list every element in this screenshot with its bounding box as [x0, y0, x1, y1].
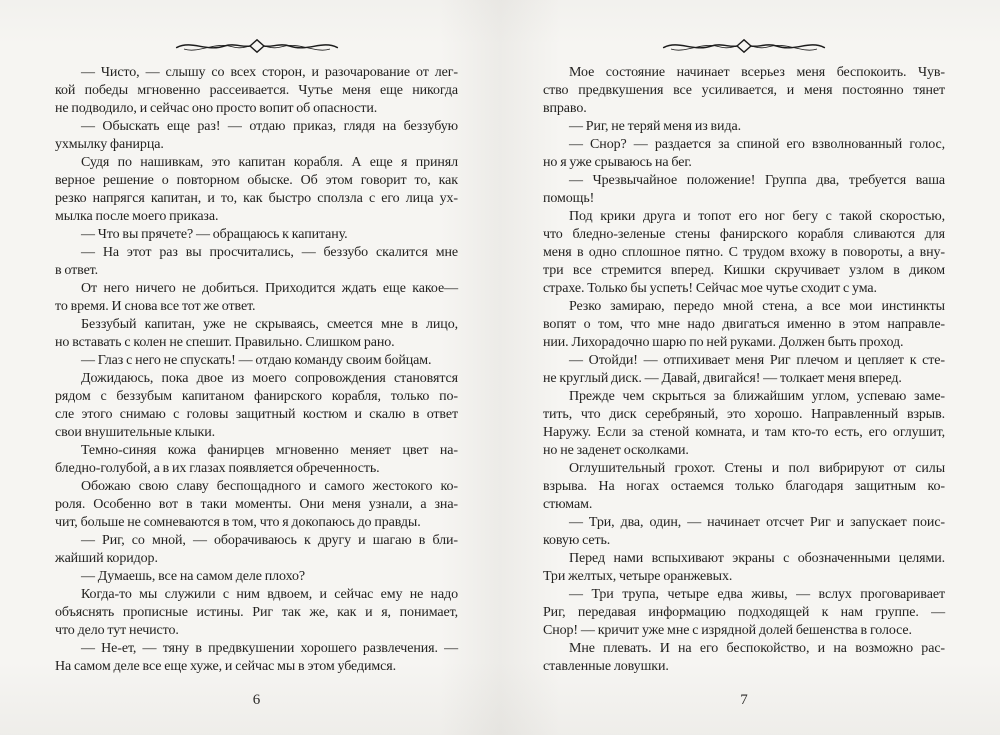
- text-line: На самом деле все еще хуже, и сейчас мы …: [55, 658, 458, 676]
- text-line: От него ничего не добиться. Приходится ж…: [55, 280, 458, 298]
- text-line: роля. Особенно вот в таки моменты. Они м…: [55, 496, 458, 514]
- text-line: Снор! — кричит уже мне с изрядной долей …: [543, 622, 945, 640]
- page-right: Мое состояние начинает всерьез меня бесп…: [543, 36, 945, 709]
- text-line: Оглушительный грохот. Стены и пол вибрир…: [543, 460, 945, 478]
- text-line: Наружу. Если за стеной комната, и там кт…: [543, 424, 945, 442]
- text-line: Темно-синяя кожа фанирцев мгновенно меня…: [55, 442, 458, 460]
- book-spread: — Чисто, — слышу со всех сторон, и разоч…: [0, 0, 1000, 735]
- text-line: Обожаю свою славу беспощадного и самого …: [55, 478, 458, 496]
- text-line: не круглый диск. — Давай, двигайся! — то…: [543, 370, 945, 388]
- text-line: меня в одно сплошное пятно. С трудом вхо…: [543, 244, 945, 262]
- text-line: — Снор? — раздается за спиной его взволн…: [543, 136, 945, 154]
- text-line: Беззубый капитан, уже не скрываясь, смее…: [55, 316, 458, 334]
- text-line: Мне плевать. И на его беспокойство, и на…: [543, 640, 945, 658]
- text-line: в ответ.: [55, 262, 458, 280]
- text-line: — Риг, со мной, — оборачиваюсь к другу и…: [55, 532, 458, 550]
- text-line: бледно-голубой, а в их глазах появляется…: [55, 460, 458, 478]
- text-line: — Риг, не теряй меня из вида.: [543, 118, 945, 136]
- text-line: мылка после моего приказа.: [55, 208, 458, 226]
- text-line: Прежде чем скрыться за ближайшим углом, …: [543, 388, 945, 406]
- text-line: нии. Лихорадочно шарю по ней руками. Дол…: [543, 334, 945, 352]
- text-line: Резко замираю, передо мной стена, а все …: [543, 298, 945, 316]
- text-line: Три желтых, четыре оранжевых.: [543, 568, 945, 586]
- text-line: ухмылку фанирца.: [55, 136, 458, 154]
- text-line: Под крики друга и топот его ног бегу с т…: [543, 208, 945, 226]
- text-line: Мое состояние начинает всерьез меня бесп…: [543, 64, 945, 82]
- divider-ornament: [543, 36, 945, 56]
- text-line: ставленные ловушки.: [543, 658, 945, 676]
- text-line: — Обыскать еще раз! — отдаю приказ, гляд…: [55, 118, 458, 136]
- text-line: взрыва. На ногах остаемся только благода…: [543, 478, 945, 496]
- text-line: то время. И снова все тот же ответ.: [55, 298, 458, 316]
- page-number-left: 6: [55, 692, 458, 709]
- text-line: Судя по нашивкам, это капитан корабля. А…: [55, 154, 458, 172]
- text-line: стюмам.: [543, 496, 945, 514]
- text-line: но не заденет осколками.: [543, 442, 945, 460]
- text-line: что бледно-зеленые стены фанирского кора…: [543, 226, 945, 244]
- text-line: жайший коридор.: [55, 550, 458, 568]
- text-line: — Чисто, — слышу со всех сторон, и разоч…: [55, 64, 458, 82]
- text-line: — Не-ет, — тяну в предвкушении хорошего …: [55, 640, 458, 658]
- text-line: — Три, два, один, — начинает отсчет Риг …: [543, 514, 945, 532]
- text-line: — Глаз с него не спускать! — отдаю коман…: [55, 352, 458, 370]
- text-line: — Три трупа, четыре едва живы, — вслух п…: [543, 586, 945, 604]
- text-line: кой победы мгновенно рассеивается. Чутье…: [55, 82, 458, 100]
- text-line: объяснять прописные истины. Риг так же, …: [55, 604, 458, 622]
- text-line: Когда-то мы служили с ним вдвоем, и сейч…: [55, 586, 458, 604]
- text-line: сле этого снимаю с головы защитный костю…: [55, 406, 458, 424]
- page-gutter: [440, 0, 560, 735]
- text-line: не подводило, и сейчас оно просто вопит …: [55, 100, 458, 118]
- text-line: — Отойди! — отпихивает меня Риг плечом и…: [543, 352, 945, 370]
- page-left: — Чисто, — слышу со всех сторон, и разоч…: [55, 36, 458, 709]
- text-line: свои внушительные клыки.: [55, 424, 458, 442]
- text-line: ковую сеть.: [543, 532, 945, 550]
- text-line: — Думаешь, все на самом деле плохо?: [55, 568, 458, 586]
- text-line: Дожидаюсь, пока двое из моего сопровожде…: [55, 370, 458, 388]
- text-line: чит, больше не сомневаются в том, что я …: [55, 514, 458, 532]
- text-line: что дело тут нечисто.: [55, 622, 458, 640]
- page-left-text: — Чисто, — слышу со всех сторон, и разоч…: [55, 64, 458, 676]
- divider-ornament: [55, 36, 458, 56]
- text-line: — На этот раз вы просчитались, — беззубо…: [55, 244, 458, 262]
- text-line: тить, что диск серебряный, это хорошо. Н…: [543, 406, 945, 424]
- text-line: — Чрезвычайное положение! Группа два, тр…: [543, 172, 945, 190]
- text-line: вправо.: [543, 100, 945, 118]
- text-line: вопят о том, что мне надо двигаться имен…: [543, 316, 945, 334]
- text-line: Перед нами вспыхивают экраны с обозначен…: [543, 550, 945, 568]
- text-line: рядом с беззубым капитаном фанирского ко…: [55, 388, 458, 406]
- text-line: ство предвкушения все усиливается, и мен…: [543, 82, 945, 100]
- text-line: но вставать с колен не спешит. Правильно…: [55, 334, 458, 352]
- page-number-right: 7: [543, 692, 945, 709]
- text-line: Риг, передавая информацию подходящей к н…: [543, 604, 945, 622]
- text-line: три все стремится вперед. Кишки скручива…: [543, 262, 945, 280]
- page-right-text: Мое состояние начинает всерьез меня бесп…: [543, 64, 945, 676]
- text-line: страхе. Только бы успеть! Сейчас мое чут…: [543, 280, 945, 298]
- text-line: помощь!: [543, 190, 945, 208]
- text-line: — Что вы прячете? — обращаюсь к капитану…: [55, 226, 458, 244]
- text-line: но я уже срываюсь на бег.: [543, 154, 945, 172]
- text-line: резко напрягся капитан, и то, как быстро…: [55, 190, 458, 208]
- text-line: верное решение о повторном обыске. Об эт…: [55, 172, 458, 190]
